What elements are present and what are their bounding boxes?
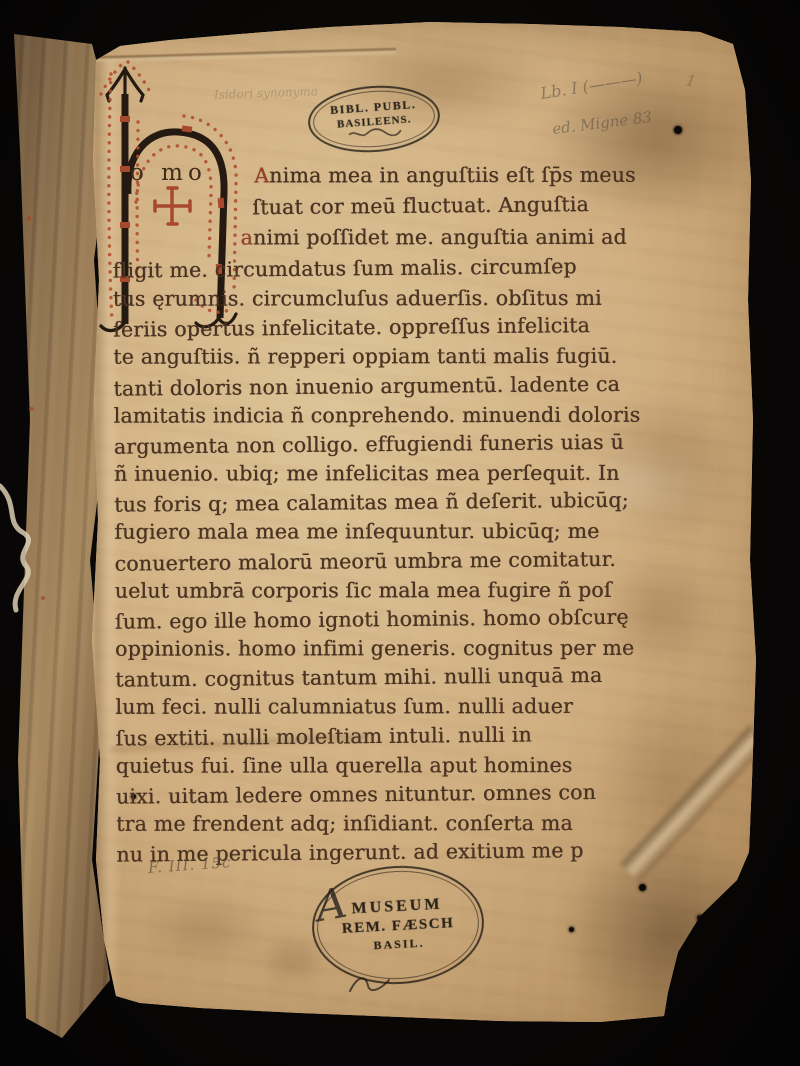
- page-curl-shadow: [560, 830, 780, 1040]
- manuscript-line: quietus fui. ſine ulla querella aput hom…: [116, 753, 573, 778]
- manuscript-line: tra me frendent adq; inſidiant. conſerta…: [116, 811, 573, 836]
- stain: [140, 892, 270, 967]
- manuscript-line: tus foris q; mea calamitas mea ñ deſerit…: [114, 488, 629, 517]
- manuscript-line: ſum. ego ille homo ignoti hominis. homo …: [115, 605, 629, 634]
- wormhole: [569, 927, 574, 932]
- manuscript-line: te anguſtiis. ñ repperi oppiam tanti mal…: [113, 344, 617, 369]
- manuscript-line: Anima mea in anguſtiis eſt ſp̄s meus: [112, 163, 636, 188]
- manuscript-line: argumenta non colligo. effugiendi funeri…: [114, 430, 624, 459]
- manuscript-line: uelut umbrā corporis ſic mala mea fugire…: [115, 578, 612, 603]
- ink-squiggle-icon: [348, 972, 392, 996]
- manuscript-photo: Isidori synonyma Lb. I (———) ed. Migne 8…: [0, 0, 800, 1066]
- manuscript-line: ñ inuenio. ubiq; me infelicitas mea perſ…: [114, 461, 620, 486]
- library-stamp-line1: BIBL. PUBL.: [330, 97, 417, 118]
- stamp-flourish-icon: [347, 126, 404, 140]
- library-stamp: BIBL. PUBL. BASILEENS.: [306, 81, 442, 156]
- manuscript-line: oppinionis. homo infimi generis. cognitu…: [115, 636, 634, 661]
- manuscript-line: ſtuat cor meū fluctuat. Anguſtia: [112, 192, 589, 221]
- wormhole: [674, 126, 682, 134]
- museum-stamp-line1: MUSEUM: [351, 896, 443, 919]
- wormhole: [639, 884, 646, 891]
- library-stamp-line2: BASILEENS.: [337, 113, 412, 130]
- manuscript-line: tanti doloris non inuenio argumentū. lad…: [113, 372, 620, 401]
- wormhole: [697, 915, 703, 921]
- stub-speck: [27, 216, 31, 221]
- parchment-leaf: Isidori synonyma Lb. I (———) ed. Migne 8…: [0, 0, 800, 1066]
- manuscript-line: ſeriis opertus infelicitate. oppreſſus i…: [113, 313, 590, 342]
- manuscript-line: lum feci. nulli calumniatus ſum. nulli a…: [115, 694, 573, 719]
- manuscript-line: ſus extiti. nulli moleſtiam intuli. null…: [115, 723, 531, 751]
- manuscript-line: uixi. uitam ledere omnes nituntur. omnes…: [116, 780, 596, 809]
- museum-stamp-line2: REM. FÆSCH: [341, 915, 454, 938]
- manuscript-line: fligit me. circumdatus ſum malis. circum…: [113, 254, 577, 282]
- stub-speck: [29, 407, 34, 411]
- manuscript-line: tantum. cognitus tantum mihi. nulli unqu…: [115, 663, 602, 692]
- sewing-thread: [0, 478, 54, 618]
- manuscript-line: fugiero mala mea me inſequuntur. ubicūq;…: [114, 519, 599, 544]
- manuscript-line: tus ęrumnis. circumcluſus aduerſis. obſi…: [113, 286, 602, 311]
- museum-stamp-line3: BASIL.: [373, 936, 425, 954]
- manuscript-line: conuertero malorū meorū umbra me comitat…: [114, 547, 616, 576]
- manuscript-line: lamitatis indicia ñ conprehendo. minuend…: [114, 403, 641, 428]
- manuscript-line: animi poſſidet me. anguſtia animi ad: [113, 225, 627, 250]
